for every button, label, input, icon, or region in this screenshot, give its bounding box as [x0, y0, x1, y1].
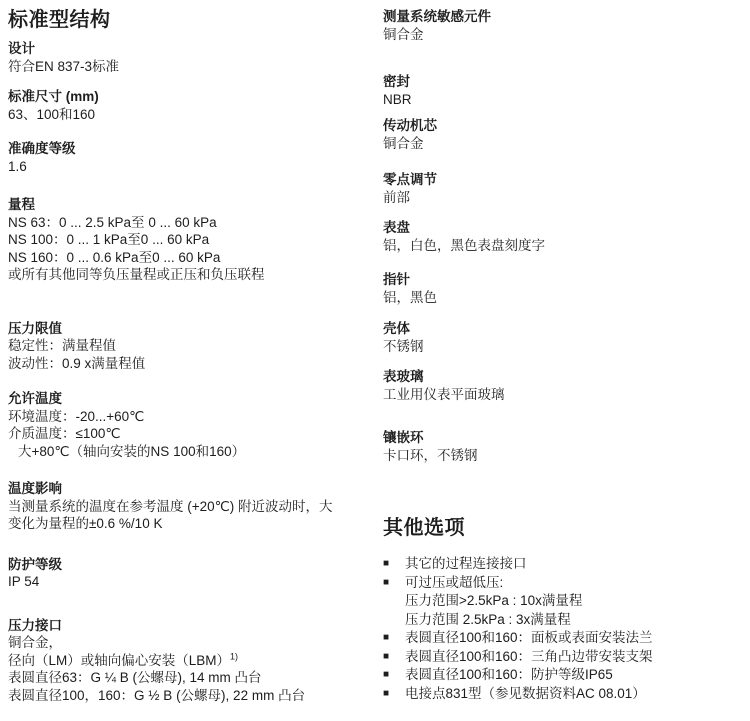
bullet-square-icon: ■ — [383, 666, 405, 685]
section-label: 量程 — [8, 196, 373, 214]
option-text: 其它的过程连接接口 — [405, 555, 527, 574]
option-text: 表圆直径100和160：三角凸边带安装支架 — [405, 648, 653, 667]
spec-line: 当测量系统的温度在参考温度 (+20℃) 附近波动时，大 — [8, 498, 373, 516]
section-label: 表玻璃 — [383, 368, 743, 386]
section-pressure-limits: 压力限值 稳定性：满量程值 波动性：0.9 x满量程值 — [8, 320, 373, 373]
spec-line: 铜合金 — [383, 135, 743, 153]
bullet-square-icon: ■ — [383, 648, 405, 667]
spec-line-text: 径向（LM）或轴向偏心安装（LBM） — [8, 653, 230, 668]
spec-line: 或所有其他同等负压量程或正压和负压联程 — [8, 266, 373, 284]
spec-line: 表圆直径100，160：G ½ B (公螺母), 22 mm 凸台 — [8, 687, 373, 705]
page-title-other-options: 其他选项 — [383, 516, 743, 540]
section-temperature-effect: 温度影响 当测量系统的温度在参考温度 (+20℃) 附近波动时，大 变化为量程的… — [8, 480, 373, 533]
spec-line: NS 100：0 ... 1 kPa至0 ... 60 kPa — [8, 231, 373, 249]
section-accuracy-class: 准确度等级 1.6 — [8, 140, 373, 175]
spec-line: 表圆直径63：G ¼ B (公螺母), 14 mm 凸台 — [8, 669, 373, 687]
section-movement: 传动机芯 铜合金 — [383, 117, 743, 152]
section-case: 壳体 不锈钢 — [383, 320, 743, 355]
section-dial: 表盘 铝，白色，黑色表盘刻度字 — [383, 219, 743, 254]
section-label: 壳体 — [383, 320, 743, 338]
section-label: 标准尺寸 (mm) — [8, 88, 373, 106]
option-item: ■ 可过压或超低压: — [383, 574, 743, 593]
section-zero-adjustment: 零点调节 前部 — [383, 171, 743, 206]
spec-line: 波动性：0.9 x满量程值 — [8, 355, 373, 373]
section-pointer: 指针 铝，黑色 — [383, 271, 743, 306]
option-item: ■ 表圆直径100和160：防护等级IP65 — [383, 666, 743, 685]
option-text: 表圆直径100和160：防护等级IP65 — [405, 666, 613, 685]
section-label: 表盘 — [383, 219, 743, 237]
section-label: 镶嵌环 — [383, 429, 743, 447]
section-label: 测量系统敏感元件 — [383, 8, 743, 26]
option-text: 电接点831型（参见数据资料AC 08.01） — [405, 685, 646, 704]
section-sealing: 密封 NBR — [383, 73, 743, 108]
section-standard-sizes: 标准尺寸 (mm) 63、100和160 — [8, 88, 373, 123]
section-sensing-element: 测量系统敏感元件 铜合金 — [383, 8, 743, 43]
section-design: 设计 符合EN 837-3标准 — [8, 40, 373, 75]
page-title-standard-structure: 标准型结构 — [8, 8, 373, 32]
section-label: 准确度等级 — [8, 140, 373, 158]
section-label: 设计 — [8, 40, 373, 58]
section-label: 指针 — [383, 271, 743, 289]
spec-line: 铜合金， — [8, 634, 373, 652]
option-subline: 压力范围>2.5kPa : 10x满量程 — [383, 592, 743, 611]
spec-line: 变化为量程的±0.6 %/10 K — [8, 515, 373, 533]
spec-line: 卡口环，不锈钢 — [383, 447, 743, 465]
section-label: 压力接口 — [8, 617, 373, 635]
section-label: 压力限值 — [8, 320, 373, 338]
spec-line: 铝，白色，黑色表盘刻度字 — [383, 237, 743, 255]
section-label: 防护等级 — [8, 556, 373, 574]
spec-line: NS 63：0 ... 2.5 kPa至 0 ... 60 kPa — [8, 214, 373, 232]
spec-line: 稳定性：满量程值 — [8, 337, 373, 355]
option-item: ■ 电接点831型（参见数据资料AC 08.01） — [383, 685, 743, 704]
spec-line: NBR — [383, 91, 743, 109]
options-list: ■ 其它的过程连接接口 ■ 可过压或超低压: 压力范围>2.5kPa : 10x… — [383, 555, 743, 703]
spec-line: 1.6 — [8, 158, 373, 176]
section-window: 表玻璃 工业用仪表平面玻璃 — [383, 368, 743, 403]
section-label: 零点调节 — [383, 171, 743, 189]
spec-line: 介质温度：≤100℃ — [8, 425, 373, 443]
spec-line: 不锈钢 — [383, 338, 743, 356]
spec-line: NS 160：0 ... 0.6 kPa至0 ... 60 kPa — [8, 249, 373, 267]
bullet-square-icon: ■ — [383, 555, 405, 574]
left-column: 标准型结构 设计 符合EN 837-3标准 标准尺寸 (mm) 63、100和1… — [8, 8, 373, 704]
section-label: 密封 — [383, 73, 743, 91]
bullet-square-icon: ■ — [383, 574, 405, 593]
section-label: 温度影响 — [8, 480, 373, 498]
footnote-marker: 1) — [230, 651, 238, 661]
section-label: 传动机芯 — [383, 117, 743, 135]
spec-line: 工业用仪表平面玻璃 — [383, 386, 743, 404]
spec-line: 前部 — [383, 189, 743, 207]
spec-line: 环境温度：-20...+60℃ — [8, 408, 373, 426]
right-column: 测量系统敏感元件 铜合金 密封 NBR 传动机芯 铜合金 零点调节 前部 表盘 … — [383, 8, 743, 703]
spec-line: IP 54 — [8, 573, 373, 591]
spec-line: 铝，黑色 — [383, 289, 743, 307]
section-pressure-connection: 压力接口 铜合金， 径向（LM）或轴向偏心安装（LBM）1) 表圆直径63：G … — [8, 617, 373, 705]
option-text: 可过压或超低压: — [405, 574, 503, 593]
section-ring: 镶嵌环 卡口环，不锈钢 — [383, 429, 743, 464]
section-label: 允许温度 — [8, 390, 373, 408]
spec-line: 大+80℃（轴向安装的NS 100和160） — [8, 443, 373, 461]
section-permissible-temperature: 允许温度 环境温度：-20...+60℃ 介质温度：≤100℃ 大+80℃（轴向… — [8, 390, 373, 460]
option-subline: 压力范围 2.5kPa : 3x满量程 — [383, 611, 743, 630]
section-scale-ranges: 量程 NS 63：0 ... 2.5 kPa至 0 ... 60 kPa NS … — [8, 196, 373, 284]
spec-line: 符合EN 837-3标准 — [8, 58, 373, 76]
option-item: ■ 其它的过程连接接口 — [383, 555, 743, 574]
bullet-square-icon: ■ — [383, 685, 405, 704]
bullet-square-icon: ■ — [383, 629, 405, 648]
spec-line: 63、100和160 — [8, 106, 373, 124]
spec-line: 铜合金 — [383, 26, 743, 44]
spec-line-with-footnote: 径向（LM）或轴向偏心安装（LBM）1) — [8, 652, 373, 670]
section-ingress-protection: 防护等级 IP 54 — [8, 556, 373, 591]
datasheet-page: 标准型结构 设计 符合EN 837-3标准 标准尺寸 (mm) 63、100和1… — [0, 0, 750, 721]
option-item: ■ 表圆直径100和160：三角凸边带安装支架 — [383, 648, 743, 667]
option-text: 表圆直径100和160：面板或表面安装法兰 — [405, 629, 653, 648]
option-item: ■ 表圆直径100和160：面板或表面安装法兰 — [383, 629, 743, 648]
